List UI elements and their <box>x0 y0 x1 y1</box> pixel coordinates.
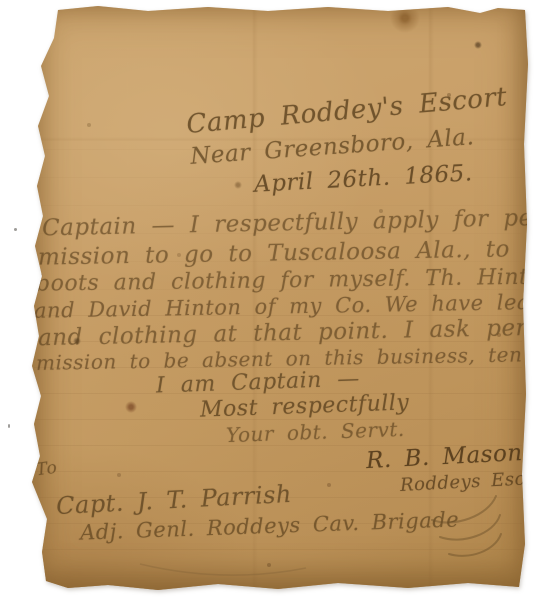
faint-pencil-arc <box>140 564 306 575</box>
aged-paper-sheet: Camp Roddey's Escort Near Greensboro, Al… <box>28 4 528 590</box>
scan-artifact-speck <box>14 228 17 231</box>
paper-surface: Camp Roddey's Escort Near Greensboro, Al… <box>28 4 528 590</box>
paper-specks <box>28 4 30 6</box>
address-to-label: To <box>35 458 59 481</box>
scanned-letter-image: Camp Roddey's Escort Near Greensboro, Al… <box>0 0 538 600</box>
signature-unit: Roddeys Escort <box>400 467 538 496</box>
flourish-swirl-stroke <box>449 534 501 556</box>
closing-line-obt-servt: Your obt. Servt. <box>226 417 405 447</box>
scan-artifact-speck <box>8 424 10 428</box>
body-line: Captain — I respectfully apply for per- <box>42 205 538 242</box>
letterhead-date-line: April 26th. 1865. <box>253 160 473 197</box>
